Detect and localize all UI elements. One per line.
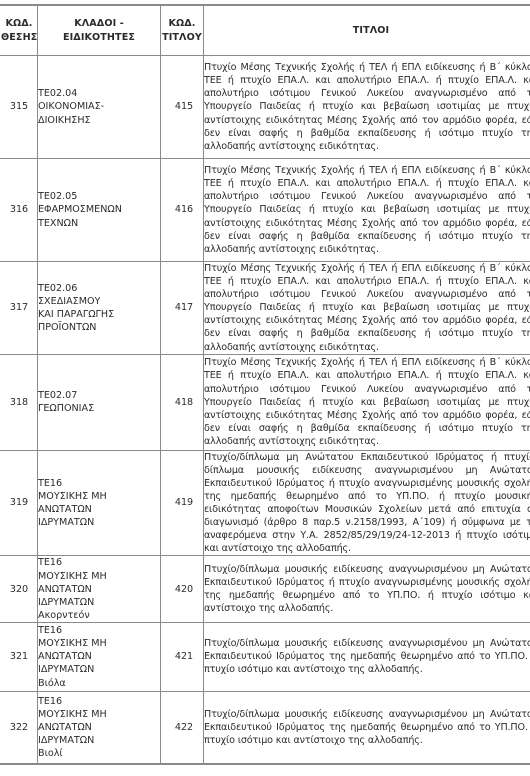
table-row: 321ΤΕ16ΜΟΥΣΙΚΗΣ ΜΗΑΝΩΤΑΤΩΝΙΔΡΥΜΑΤΩΝΒιόλα…	[0, 622, 530, 691]
branch-line: ΜΟΥΣΙΚΗΣ ΜΗ	[38, 570, 160, 583]
table-row: 319ΤΕ16ΜΟΥΣΙΚΗΣ ΜΗΑΝΩΤΑΤΩΝΙΔΡΥΜΑΤΩΝ419Πτ…	[0, 450, 530, 556]
branch-line: ΑΝΩΤΑΤΩΝ	[38, 583, 160, 596]
title-description-cell: Πτυχίο Μέσης Τεχνικής Σχολής ή ΤΕΛ ή ΕΠΛ…	[204, 56, 530, 159]
branch-line: ΓΕΩΠΟΝΙΑΣ	[38, 402, 160, 415]
title-code-cell: 415	[161, 56, 204, 159]
table-row: 317ΤΕ02.06ΣΧΕΔΙΑΣΜΟΥΚΑΙ ΠΑΡΑΓΩΓΗΣΠΡΟΪΟΝΤ…	[0, 262, 530, 355]
branch-cell: ΤΕ16ΜΟΥΣΙΚΗΣ ΜΗΑΝΩΤΑΤΩΝΙΔΡΥΜΑΤΩΝΑκορντεό…	[38, 556, 161, 622]
header-title-code-line2: ΤΙΤΛΟΥ	[161, 31, 203, 44]
branch-line: ΕΦΑΡΜΟΣΜΕΝΩΝ	[38, 203, 160, 216]
table-row: 320ΤΕ16ΜΟΥΣΙΚΗΣ ΜΗΑΝΩΤΑΤΩΝΙΔΡΥΜΑΤΩΝΑκορν…	[0, 556, 530, 622]
header-title-code-line1: ΚΩΔ.	[161, 17, 203, 30]
branch-line: ΣΧΕΔΙΑΣΜΟΥ	[38, 295, 160, 308]
position-code-cell: 319	[0, 450, 38, 556]
branch-line: ΤΕ16	[38, 695, 160, 708]
title-code-cell: 418	[161, 354, 204, 450]
branch-line: ΤΕ02.07	[38, 389, 160, 402]
branch-line: ΑΝΩΤΑΤΩΝ	[38, 650, 160, 663]
title-description-cell: Πτυχίο/δίπλωμα μουσικής ειδίκευσης αναγν…	[204, 691, 530, 764]
table-row: 322ΤΕ16ΜΟΥΣΙΚΗΣ ΜΗΑΝΩΤΑΤΩΝΙΔΡΥΜΑΤΩΝΒιολί…	[0, 691, 530, 764]
branch-line: ΤΕ02.06	[38, 282, 160, 295]
table-header-row: ΚΩΔ. ΘΕΣΗΣ ΚΛΑΔΟΙ - ΕΙΔΙΚΟΤΗΤΕΣ ΚΩΔ. ΤΙΤ…	[0, 5, 530, 56]
position-code-cell: 317	[0, 262, 38, 355]
branch-line: ΟΙΚΟΝΟΜΙΑΣ-	[38, 100, 160, 113]
branch-line: ΚΑΙ ΠΑΡΑΓΩΓΗΣ	[38, 308, 160, 321]
table-row: 315ΤΕ02.04ΟΙΚΟΝΟΜΙΑΣ-ΔΙΟΙΚΗΣΗΣ415Πτυχίο …	[0, 56, 530, 159]
branch-line: ΜΟΥΣΙΚΗΣ ΜΗ	[38, 637, 160, 650]
title-code-cell: 416	[161, 159, 204, 262]
branch-line: Ακορντεόν	[38, 609, 160, 622]
header-branches-line2: ΕΙΔΙΚΟΤΗΤΕΣ	[38, 31, 160, 44]
position-code-cell: 316	[0, 159, 38, 262]
branch-line: ΙΔΡΥΜΑΤΩΝ	[38, 516, 160, 529]
header-position-code-line2: ΘΕΣΗΣ	[0, 31, 37, 44]
branch-line: ΙΔΡΥΜΑΤΩΝ	[38, 663, 160, 676]
table-row: 318ΤΕ02.07ΓΕΩΠΟΝΙΑΣ418Πτυχίο Μέσης Τεχνι…	[0, 354, 530, 450]
position-code-cell: 318	[0, 354, 38, 450]
title-code-cell: 421	[161, 622, 204, 691]
branch-cell: ΤΕ16ΜΟΥΣΙΚΗΣ ΜΗΑΝΩΤΑΤΩΝΙΔΡΥΜΑΤΩΝΒιόλα	[38, 622, 161, 691]
title-description-cell: Πτυχίο/δίπλωμα μουσικής ειδίκευσης αναγν…	[204, 622, 530, 691]
branch-line: ΤΕΧΝΩΝ	[38, 217, 160, 230]
header-position-code-line1: ΚΩΔ.	[0, 17, 37, 30]
branch-line: ΠΡΟΪΟΝΤΩΝ	[38, 321, 160, 334]
title-description-cell: Πτυχίο/δίπλωμα μη Ανώτατου Εκπαιδευτικού…	[204, 450, 530, 556]
position-code-cell: 321	[0, 622, 38, 691]
header-position-code: ΚΩΔ. ΘΕΣΗΣ	[0, 5, 38, 56]
header-titles: ΤΙΤΛΟΙ	[204, 5, 530, 56]
branch-line: ΑΝΩΤΑΤΩΝ	[38, 721, 160, 734]
qualifications-table: ΚΩΔ. ΘΕΣΗΣ ΚΛΑΔΟΙ - ΕΙΔΙΚΟΤΗΤΕΣ ΚΩΔ. ΤΙΤ…	[0, 4, 530, 765]
header-branches: ΚΛΑΔΟΙ - ΕΙΔΙΚΟΤΗΤΕΣ	[38, 5, 161, 56]
branch-line: ΤΕ02.05	[38, 190, 160, 203]
header-branches-line1: ΚΛΑΔΟΙ -	[38, 17, 160, 30]
branch-cell: ΤΕ02.05ΕΦΑΡΜΟΣΜΕΝΩΝΤΕΧΝΩΝ	[38, 159, 161, 262]
branch-cell: ΤΕ02.07ΓΕΩΠΟΝΙΑΣ	[38, 354, 161, 450]
branch-line: ΔΙΟΙΚΗΣΗΣ	[38, 114, 160, 127]
title-code-cell: 419	[161, 450, 204, 556]
branch-cell: ΤΕ02.06ΣΧΕΔΙΑΣΜΟΥΚΑΙ ΠΑΡΑΓΩΓΗΣΠΡΟΪΟΝΤΩΝ	[38, 262, 161, 355]
branch-line: ΤΕ16	[38, 624, 160, 637]
branch-cell: ΤΕ16ΜΟΥΣΙΚΗΣ ΜΗΑΝΩΤΑΤΩΝΙΔΡΥΜΑΤΩΝΒιολί	[38, 691, 161, 764]
branch-line: ΤΕ16	[38, 477, 160, 490]
branch-cell: ΤΕ02.04ΟΙΚΟΝΟΜΙΑΣ-ΔΙΟΙΚΗΣΗΣ	[38, 56, 161, 159]
table-body: 315ΤΕ02.04ΟΙΚΟΝΟΜΙΑΣ-ΔΙΟΙΚΗΣΗΣ415Πτυχίο …	[0, 56, 530, 764]
branch-line: ΙΔΡΥΜΑΤΩΝ	[38, 734, 160, 747]
branch-cell: ΤΕ16ΜΟΥΣΙΚΗΣ ΜΗΑΝΩΤΑΤΩΝΙΔΡΥΜΑΤΩΝ	[38, 450, 161, 556]
table-row: 316ΤΕ02.05ΕΦΑΡΜΟΣΜΕΝΩΝΤΕΧΝΩΝ416Πτυχίο Μέ…	[0, 159, 530, 262]
branch-line: ΤΕ16	[38, 556, 160, 569]
title-code-cell: 417	[161, 262, 204, 355]
title-description-cell: Πτυχίο/δίπλωμα μουσικής ειδίκευσης αναγν…	[204, 556, 530, 622]
branch-line: Βιολί	[38, 747, 160, 760]
position-code-cell: 320	[0, 556, 38, 622]
title-description-cell: Πτυχίο Μέσης Τεχνικής Σχολής ή ΤΕΛ ή ΕΠΛ…	[204, 262, 530, 355]
branch-line: ΙΔΡΥΜΑΤΩΝ	[38, 596, 160, 609]
title-code-cell: 420	[161, 556, 204, 622]
header-title-code: ΚΩΔ. ΤΙΤΛΟΥ	[161, 5, 204, 56]
branch-line: Βιόλα	[38, 677, 160, 690]
position-code-cell: 322	[0, 691, 38, 764]
branch-line: ΜΟΥΣΙΚΗΣ ΜΗ	[38, 708, 160, 721]
branch-line: ΑΝΩΤΑΤΩΝ	[38, 503, 160, 516]
branch-line: ΜΟΥΣΙΚΗΣ ΜΗ	[38, 490, 160, 503]
title-description-cell: Πτυχίο Μέσης Τεχνικής Σχολής ή ΤΕΛ ή ΕΠΛ…	[204, 354, 530, 450]
title-code-cell: 422	[161, 691, 204, 764]
position-code-cell: 315	[0, 56, 38, 159]
branch-line: ΤΕ02.04	[38, 87, 160, 100]
title-description-cell: Πτυχίο Μέσης Τεχνικής Σχολής ή ΤΕΛ ή ΕΠΛ…	[204, 159, 530, 262]
